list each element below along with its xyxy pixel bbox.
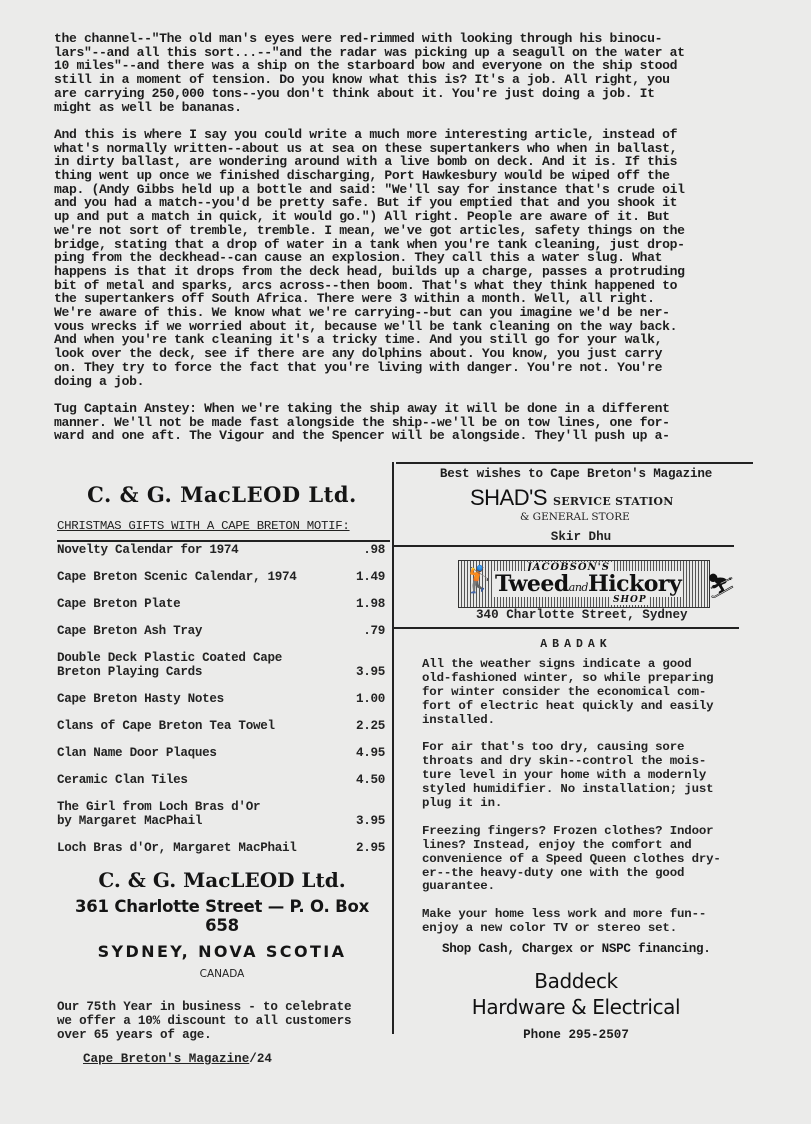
shads-service: SERVICE STATION xyxy=(553,495,674,508)
abadak-title: ABADAK xyxy=(398,638,754,651)
gift-name: Cape Breton Ash Tray xyxy=(57,624,202,638)
macleod-city: SYDNEY, NOVA SCOTIA xyxy=(57,942,387,961)
article-paragraph: And this is where I say you could write … xyxy=(54,128,754,388)
macleod-ad: C. & G. MacLEOD Ltd. CHRISTMAS GIFTS WIT… xyxy=(57,468,387,1066)
gift-item: Cape Breton Hasty Notes1.00 xyxy=(57,692,387,706)
tweed-banner: 🏌 JACOBSON'S TweedandHickory SHOP xyxy=(458,560,710,608)
magazine-page: the channel--"The old man's eyes were re… xyxy=(0,0,811,1124)
gift-item: Novelty Calendar for 1974.98 xyxy=(57,543,387,557)
tweed-shop: SHOP xyxy=(611,595,649,605)
baddeck-store-name: Baddeck Hardware & Electrical xyxy=(398,968,754,1020)
gift-item: Cape Breton Ash Tray.79 xyxy=(57,624,387,638)
gift-item: Double Deck Plastic Coated Cape Breton P… xyxy=(57,651,387,679)
right-ads-column: Best wishes to Cape Breton's Magazine SH… xyxy=(398,466,754,544)
gift-item: The Girl from Loch Bras d'Or by Margaret… xyxy=(57,800,387,828)
gift-price: .98 xyxy=(345,543,387,557)
shads-bottom-rule xyxy=(394,545,734,547)
tweed-and: and xyxy=(569,581,588,594)
shads-location: Skir Dhu xyxy=(408,530,754,544)
gift-price: 2.95 xyxy=(345,841,387,855)
gift-price: 1.00 xyxy=(345,692,387,706)
gift-name: Clan Name Door Plaques xyxy=(57,746,217,760)
macleod-offer: Our 75th Year in business - to celebrate… xyxy=(57,1000,387,1042)
article-bottom-rule xyxy=(396,462,753,464)
hickory-word: Hickory xyxy=(588,571,681,597)
article-paragraph: Tug Captain Anstey: When we're taking th… xyxy=(54,402,754,443)
shads-ad: SHAD'S SERVICE STATION xyxy=(470,485,754,511)
macleod-country: CANADA xyxy=(57,968,387,980)
gift-item: Loch Bras d'Or, Margaret MacPhail2.95 xyxy=(57,841,387,855)
gift-item: Cape Breton Plate1.98 xyxy=(57,597,387,611)
gift-price: .79 xyxy=(345,624,387,638)
gift-price: 1.98 xyxy=(345,597,387,611)
shads-general-store: & GENERAL STORE xyxy=(520,511,754,523)
gift-name: Clans of Cape Breton Tea Towel xyxy=(57,719,275,733)
abadak-body: All the weather signs indicate a good ol… xyxy=(422,658,752,950)
gift-price: 4.50 xyxy=(345,773,387,787)
tweed-logo: TweedandHickory xyxy=(493,571,683,597)
column-divider xyxy=(392,462,394,1034)
gift-price: 1.49 xyxy=(345,570,387,584)
gift-price: 3.95 xyxy=(345,665,387,679)
folio-magazine-name: Cape Breton's Magazine xyxy=(83,1052,249,1066)
gifts-heading: CHRISTMAS GIFTS WITH A CAPE BRETON MOTIF… xyxy=(57,519,387,533)
golfer-icon: 🏌 xyxy=(463,565,495,596)
shads-name: SHAD'S xyxy=(470,485,547,511)
gift-price: 4.95 xyxy=(345,746,387,760)
gift-item: Clans of Cape Breton Tea Towel2.25 xyxy=(57,719,387,733)
gift-name: Double Deck Plastic Coated Cape Breton P… xyxy=(57,651,282,679)
macleod-address: 361 Charlotte Street — P. O. Box 658 xyxy=(57,897,387,935)
abadak-paragraph: Freezing fingers? Frozen clothes? Indoor… xyxy=(422,825,752,895)
macleod-footer-title: C. & G. MacLEOD Ltd. xyxy=(57,868,387,892)
gift-name: The Girl from Loch Bras d'Or by Margaret… xyxy=(57,800,260,828)
abadak-paragraph: For air that's too dry, causing sore thr… xyxy=(422,741,752,811)
abadak-paragraph: Make your home less work and more fun-- … xyxy=(422,908,752,936)
folio-page-number: /24 xyxy=(249,1052,272,1066)
gift-price: 2.25 xyxy=(345,719,387,733)
tweed-bottom-rule xyxy=(394,627,739,629)
gift-name: Cape Breton Plate xyxy=(57,597,180,611)
macleod-title: C. & G. MacLEOD Ltd. xyxy=(57,482,387,507)
tweed-word: Tweed xyxy=(495,571,569,597)
store-line-1: Baddeck xyxy=(398,968,754,994)
gift-name: Cape Breton Scenic Calendar, 1974 xyxy=(57,570,297,584)
best-wishes-line: Best wishes to Cape Breton's Magazine xyxy=(398,467,754,481)
abadak-paragraph: All the weather signs indicate a good ol… xyxy=(422,658,752,728)
gift-name: Cape Breton Hasty Notes xyxy=(57,692,224,706)
page-folio: Cape Breton's Magazine/24 xyxy=(83,1052,387,1066)
article-paragraph: the channel--"The old man's eyes were re… xyxy=(54,32,754,114)
gift-name: Ceramic Clan Tiles xyxy=(57,773,188,787)
article-text: the channel--"The old man's eyes were re… xyxy=(54,32,754,457)
store-phone: Phone 295-2507 xyxy=(398,1028,754,1042)
tweed-hickory-ad: 🏌 JACOBSON'S TweedandHickory SHOP ⛷ xyxy=(458,560,726,606)
gift-price: 3.95 xyxy=(345,814,387,828)
gift-name: Novelty Calendar for 1974 xyxy=(57,543,238,557)
gift-list: Novelty Calendar for 1974.98Cape Breton … xyxy=(57,543,387,855)
gift-item: Clan Name Door Plaques4.95 xyxy=(57,746,387,760)
gift-name: Loch Bras d'Or, Margaret MacPhail xyxy=(57,841,297,855)
gift-item: Cape Breton Scenic Calendar, 19741.49 xyxy=(57,570,387,584)
tweed-address: 340 Charlotte Street, Sydney xyxy=(476,608,688,622)
skier-icon: ⛷ xyxy=(706,572,736,602)
financing-line: Shop Cash, Chargex or NSPC financing. xyxy=(442,942,711,956)
gift-item: Ceramic Clan Tiles4.50 xyxy=(57,773,387,787)
store-line-2: Hardware & Electrical xyxy=(398,994,754,1020)
